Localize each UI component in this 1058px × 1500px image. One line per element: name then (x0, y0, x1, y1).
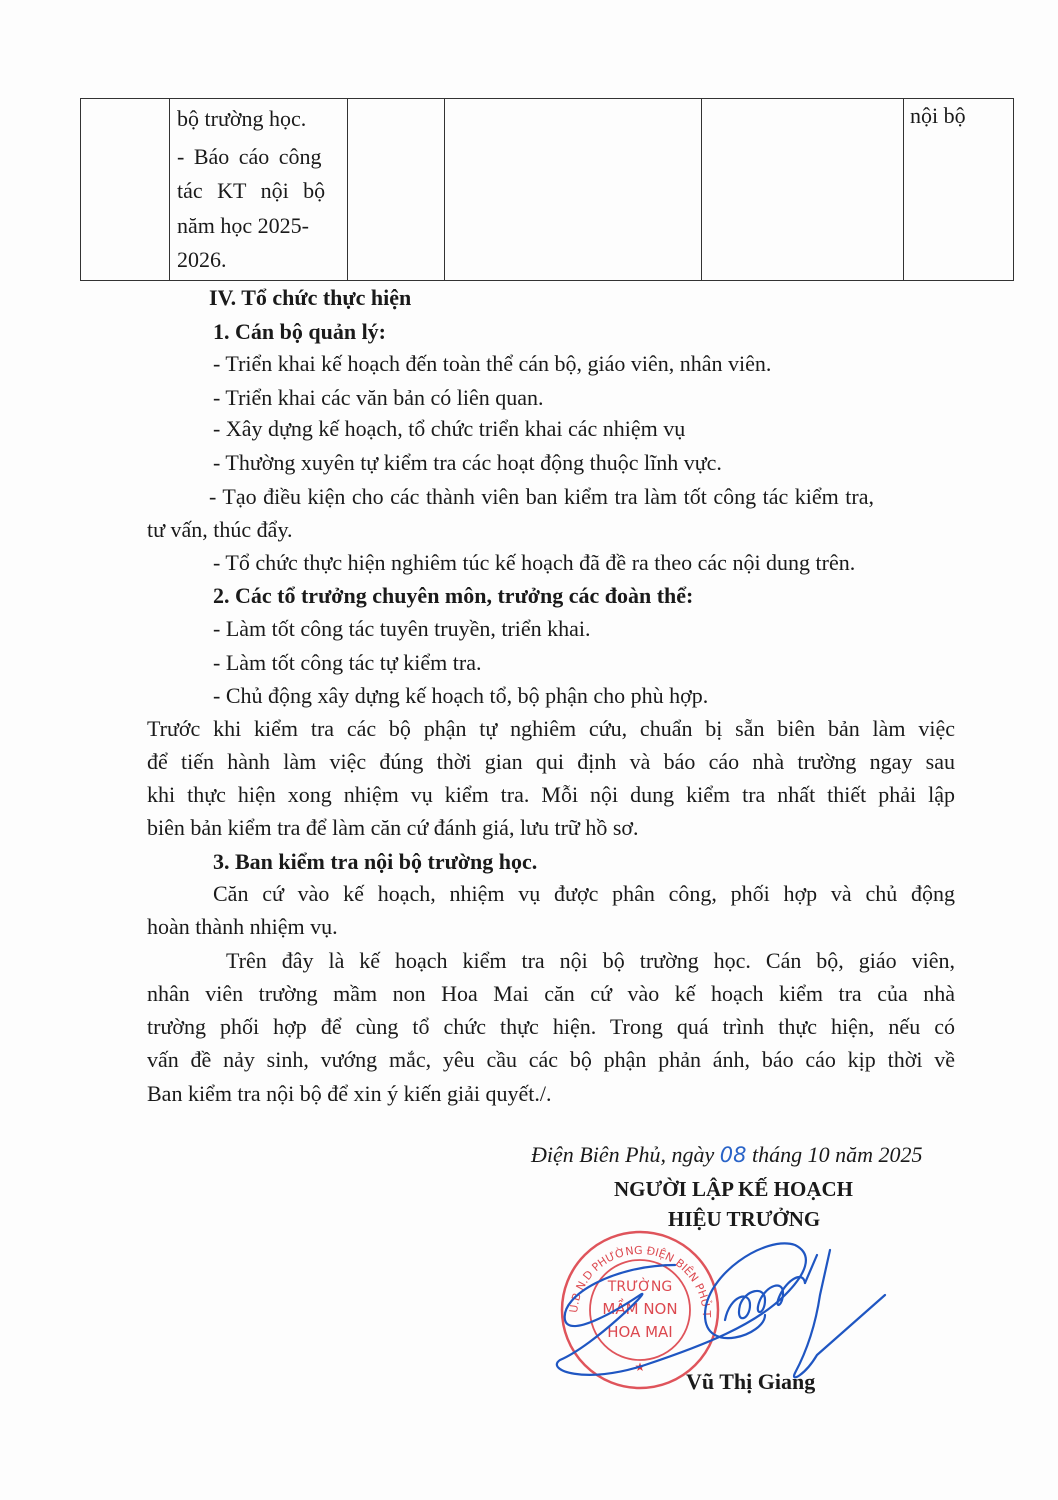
closing-line: trường phối hợp để cùng tổ chức thực hiệ… (147, 1010, 955, 1044)
table-col-divider (444, 99, 445, 280)
paragraph-line: biên bản kiểm tra để làm căn cứ đánh giá… (147, 811, 639, 845)
cell-line: bộ trường học. (177, 102, 347, 137)
place-date-line: Điện Biên Phủ, ngày 08 tháng 10 năm 2025 (531, 1142, 923, 1168)
document-page: bộ trường học. - Báo cáo công tác KT nội… (0, 0, 1058, 1500)
paragraph-line: để tiến hành làm việc đúng thời gian qui… (147, 745, 955, 779)
plan-table: bộ trường học. - Báo cáo công tác KT nội… (80, 98, 1014, 281)
subsection-heading-3: 3. Ban kiểm tra nội bộ trường học. (213, 845, 537, 879)
table-col-divider (169, 99, 170, 280)
list-item: - Làm tốt công tác tuyên truyền, triển k… (213, 612, 591, 646)
paragraph-line: hoàn thành nhiệm vụ. (147, 910, 338, 944)
closing-line: Ban kiểm tra nội bộ để xin ý kiến giải q… (147, 1077, 551, 1111)
subsection-heading-2: 2. Các tổ trưởng chuyên môn, trưởng các … (213, 579, 693, 613)
list-item: - Làm tốt công tác tự kiểm tra. (213, 646, 482, 680)
signer-name: Vũ Thị Giang (686, 1369, 815, 1395)
signer-role: NGƯỜI LẬP KẾ HOẠCH (614, 1177, 853, 1202)
table-col-divider (903, 99, 904, 280)
cell-line: tác KT nội bộ (177, 174, 347, 209)
closing-line: Trên đây là kế hoạch kiểm tra nội bộ trư… (226, 944, 955, 978)
date-suffix: tháng 10 năm 2025 (752, 1142, 923, 1167)
list-item: - Tổ chức thực hiện nghiêm túc kế hoạch … (213, 546, 855, 580)
subsection-heading-1: 1. Cán bộ quản lý: (213, 315, 386, 349)
date-prefix: Điện Biên Phủ, ngày (531, 1142, 714, 1167)
handwritten-signature-icon (555, 1225, 915, 1390)
list-item: - Thường xuyên tự kiểm tra các hoạt động… (213, 446, 722, 480)
list-item: - Triển khai các văn bản có liên quan. (213, 381, 544, 415)
list-item: - Chủ động xây dựng kế hoạch tổ, bộ phận… (213, 679, 708, 713)
paragraph-line: Căn cứ vào kế hoạch, nhiệm vụ được phân … (213, 877, 955, 911)
table-cell-last: nội bộ (910, 99, 1010, 134)
list-item: - Xây dựng kế hoạch, tổ chức triển khai … (213, 412, 685, 446)
table-cell-content: bộ trường học. - Báo cáo công tác KT nội… (177, 102, 347, 278)
handwritten-day: 08 (720, 1143, 747, 1167)
list-item-continuation: tư vấn, thúc đẩy. (147, 513, 293, 547)
paragraph-line: khi thực hiện xong nhiệm vụ kiểm tra. Mỗ… (147, 778, 955, 812)
cell-line: 2026. (177, 243, 347, 278)
closing-line: vấn đề nảy sinh, vướng mắc, yêu cầu các … (147, 1043, 955, 1077)
section-heading: IV. Tổ chức thực hiện (209, 281, 411, 315)
cell-line: năm học 2025- (177, 209, 347, 244)
closing-line: nhân viên trường mầm non Hoa Mai căn cứ … (147, 977, 955, 1011)
table-col-divider (347, 99, 348, 280)
paragraph-line: Trước khi kiểm tra các bộ phận tự nghiêm… (147, 712, 955, 746)
cell-line: - Báo cáo công (177, 140, 347, 175)
list-item: - Triển khai kế hoạch đến toàn thể cán b… (213, 347, 771, 381)
table-col-divider (701, 99, 702, 280)
list-item: - Tạo điều kiện cho các thành viên ban k… (209, 480, 874, 514)
